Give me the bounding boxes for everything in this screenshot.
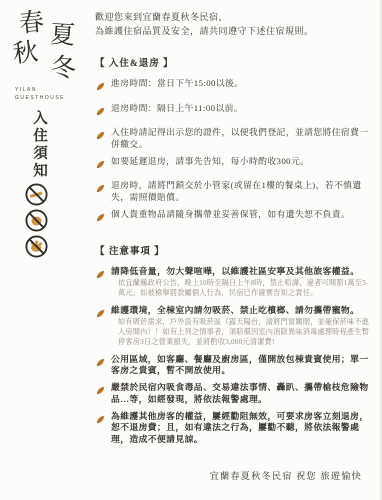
no-betelnut-icon [24,208,49,233]
rule-item: 個人貴重物品請隨身攜帶並妥善保管，如有遺失恕不負責。 [95,209,372,228]
rule-item: 維護環境，全棟室內請勿吸菸、禁止吃檳榔、請勿攜帶寵物。 如有吸菸需求，戶外設有吸… [95,305,372,349]
logo-subtitle-line1: YILAN [15,86,65,94]
main-content: 歡迎您來到宜蘭春夏秋冬民宿， 為維護住宿品質及安全，請共同遵守下述住宿規則。 【… [95,10,372,451]
leaf-bullet-icon [95,157,106,175]
greeting: 歡迎您來到宜蘭春夏秋冬民宿， 為維護住宿品質及安全，請共同遵守下述住宿規則。 [95,10,372,38]
vertical-title-checkin-notice: 入住須知 [29,110,50,180]
no-pets-icon [24,234,49,259]
rule-item: 進房時間：當日下午15:00以後。 [95,78,372,97]
leaf-bullet-icon [95,306,106,324]
footer-wish: 宜蘭春夏秋冬民宿 祝您 旅遊愉快 [210,468,362,482]
section-title-checkin-checkout: 【 入住&退房 】 [95,55,372,69]
greeting-line2: 為維護住宿品質及安全，請共同遵守下述住宿規則。 [95,24,372,38]
rule-item: 嚴禁於民宿內吸食毒品、交易違法事情、轟趴、攜帶槍枝危險物品…等，如經發現，將依法… [95,382,372,405]
rule-text: 公用區域，如客廳、餐廳及廚房區，僅開放包棟貴賓使用；單一客房之貴賓，暫不開放使用… [111,354,372,377]
rule-note: 如有吸菸需求，戶外設有吸菸區（露天陽台，請將門窗關閉，並確保菸味不進入房間內）！… [118,317,372,347]
prohibition-icons [24,182,49,259]
logo-subtitle: YILAN GUESTHOUSE [15,86,65,102]
guesthouse-logo: 春 夏 秋 冬 YILAN GUESTHOUSE [12,8,92,103]
rule-item: 公用區域，如客廳、餐廳及廚房區，僅開放包棟貴賓使用；單一客房之貴賓，暫不開放使用… [95,354,372,377]
rule-item: 如要延遲退房，請事先告知，每小時酌收300元。 [95,156,372,175]
greeting-line1: 歡迎您來到宜蘭春夏秋冬民宿， [95,10,372,24]
rule-text: 個人貴重物品請隨身攜帶並妥善保管，如有遺失恕不負責。 [111,209,372,221]
rule-text: 入住時請記得出示您的證件，以便我們登記，並請您將住宿費一併繳交。 [111,127,372,150]
leaf-bullet-icon [95,181,106,199]
rule-item: 為維護其他房客的權益，屢經勸阻無效，可要求房客立刻退房，恕不退房費；且，如有違法… [95,411,372,446]
logo-char-autumn: 秋 [12,40,40,68]
rule-note: 依宜蘭縣政府公告，晚上10時至隔日上午8時，禁止喧譁，違者可開罰1萬至5萬元，如… [118,278,372,298]
rule-item: 退房時，請將門鎖交於小管家(或留在1樓的餐桌上)，若不慎遺失，需照價賠償。 [95,180,372,203]
leaf-bullet-icon [95,128,106,146]
section-title-notes: 【 注意事項 】 [95,243,372,257]
rule-text: 進房時間：當日下午15:00以後。 [111,78,372,90]
guesthouse-notice-document: 春 夏 秋 冬 YILAN GUESTHOUSE 入住須知 [0,0,382,500]
rule-text: 如要延遲退房，請事先告知，每小時酌收300元。 [111,156,372,168]
logo-char-summer: 夏 [49,22,76,49]
leaf-bullet-icon [95,267,106,285]
leaf-bullet-icon [95,383,106,401]
sidebar: 春 夏 秋 冬 YILAN GUESTHOUSE 入住須知 [0,0,95,500]
logo-char-spring: 春 [18,10,45,37]
logo-char-winter: 冬 [50,55,77,82]
rule-text: 請降低音量，勿大聲喧嘩，以維護社區安寧及其他旅客權益。 [111,266,372,278]
no-smoking-icon [24,182,49,207]
leaf-bullet-icon [95,104,106,122]
rule-text: 維護環境，全棟室內請勿吸菸、禁止吃檳榔、請勿攜帶寵物。 [111,305,372,317]
rule-item: 入住時請記得出示您的證件，以便我們登記，並請您將住宿費一併繳交。 [95,127,372,150]
leaf-bullet-icon [95,355,106,373]
rule-item: 請降低音量，勿大聲喧嘩，以維護社區安寧及其他旅客權益。 依宜蘭縣政府公告，晚上1… [95,266,372,300]
rule-text: 退房時，請將門鎖交於小管家(或留在1樓的餐桌上)，若不慎遺失，需照價賠償。 [111,180,372,203]
leaf-bullet-icon [95,210,106,228]
rule-text: 為維護其他房客的權益，屢經勸阻無效，可要求房客立刻退房，恕不退房費；且，如有違法… [111,411,372,446]
rule-item: 退房時間：隔日上午11:00以前。 [95,103,372,122]
leaf-bullet-icon [95,412,106,430]
leaf-bullet-icon [95,79,106,97]
logo-subtitle-line2: GUESTHOUSE [15,94,65,102]
rule-text: 嚴禁於民宿內吸食毒品、交易違法事情、轟趴、攜帶槍枝危險物品…等，如經發現，將依法… [111,382,372,405]
rule-text: 退房時間：隔日上午11:00以前。 [111,103,372,115]
